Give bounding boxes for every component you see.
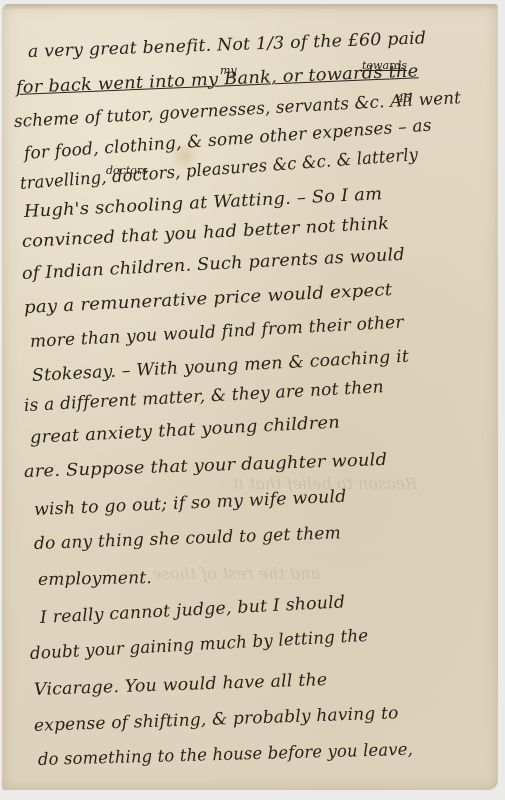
- line-text: more than you would find from their othe…: [29, 312, 404, 352]
- letter-line-1: a very great benefit. Not 1/3 of the £60…: [28, 28, 427, 62]
- line-text: a very great benefit. Not 1/3 of the £60…: [28, 28, 427, 62]
- line-text: do something to the house before you lea…: [38, 740, 413, 770]
- letter-line-19: doubt your gaining much by letting the: [29, 626, 368, 664]
- line-text: doubt your gaining much by letting the: [29, 626, 368, 664]
- letter-line-21: expense of shifting, & probably having t…: [34, 703, 399, 736]
- letter-line-20: Vicarage. You would have all the: [34, 670, 328, 700]
- letter-line-10: more than you would find from their othe…: [29, 312, 404, 352]
- letter-line-17: employment.: [38, 568, 152, 590]
- scanned-page: Reason to belief that it and the rest of…: [0, 0, 505, 800]
- line-text: I really cannot judge, but I should: [39, 592, 345, 628]
- letter-line-9: pay a remunerative price would expect: [23, 280, 392, 318]
- letter-line-2: for back went into my Bank, or towards t…: [16, 61, 419, 98]
- letter-line-8: of Indian children. Such parents as woul…: [21, 245, 405, 284]
- letter-line-16: do any thing she could to get them: [34, 523, 342, 554]
- letter-line-13: great anxiety that young children: [29, 413, 340, 448]
- line-text: Vicarage. You would have all the: [34, 670, 328, 700]
- line-text: expense of shifting, & probably having t…: [34, 703, 399, 736]
- line-text: of Indian children. Such parents as woul…: [21, 245, 405, 284]
- line-text: convinced that you had better not think: [21, 214, 389, 252]
- letter-paper: Reason to belief that it and the rest of…: [2, 4, 498, 790]
- line-text: do any thing she could to get them: [34, 523, 342, 554]
- line-text: for back went into my Bank, or towards t…: [16, 61, 419, 98]
- line-text: employment.: [38, 568, 152, 590]
- show-through-ink: and the rest of those: [152, 564, 320, 583]
- line-text: great anxiety that young children: [29, 413, 340, 448]
- line-text: pay a remunerative price would expect: [23, 280, 392, 318]
- letter-line-7: convinced that you had better not think: [21, 214, 389, 252]
- letter-line-18: I really cannot judge, but I should: [39, 592, 345, 628]
- line-text: wish to go out; if so my wife would: [34, 487, 347, 520]
- letter-line-15: wish to go out; if so my wife would: [34, 487, 347, 520]
- letter-line-22: do something to the house before you lea…: [38, 740, 413, 770]
